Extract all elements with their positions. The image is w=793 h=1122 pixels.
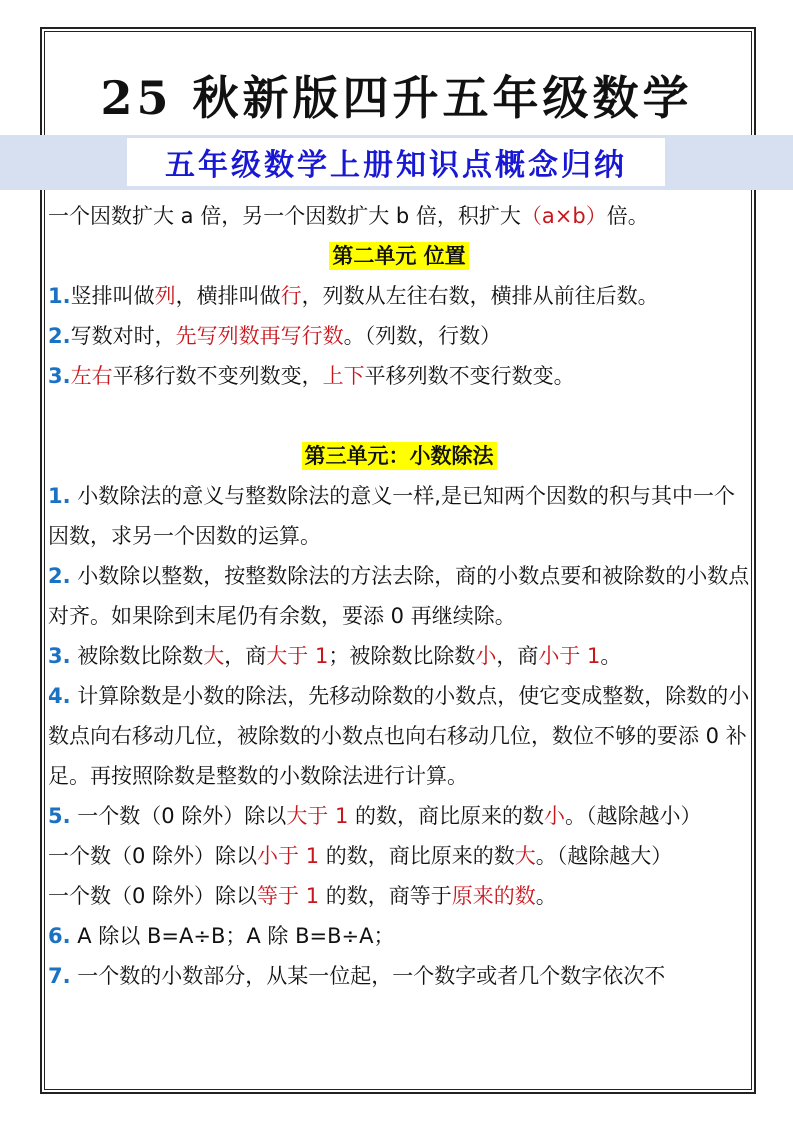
spacer [48,396,750,436]
text: 的数，商等于 [319,884,452,908]
document-body: 一个因数扩大 a 倍，另一个因数扩大 b 倍，积扩大（a×b）倍。 第二单元 位… [48,196,750,996]
item-number: 7. [48,964,71,988]
text: 小数除以整数，按整数除法的方法去除，商的小数点要和被除数的小数点对齐。如果除到末… [48,564,749,628]
item-number: 4. [48,684,71,708]
emphasis: 小于 1 [257,844,319,868]
text: A 除以 B=A÷B；A 除 B=B÷A； [71,924,395,948]
item-number: 6. [48,924,71,948]
emphasis: （a×b） [521,204,607,228]
text: 平移列数不变行数变。 [365,364,575,388]
unit3-item-5b: 一个数（0 除外）除以小于 1 的数，商比原来的数大。（越除越大） [48,836,750,876]
emphasis: 左右 [71,364,113,388]
unit2-item-3: 3.左右平移行数不变列数变，上下平移列数不变行数变。 [48,356,750,396]
page-title: 25 秋新版四升五年级数学 [0,68,793,128]
item-number: 1. [48,484,71,508]
unit3-item-7: 7. 一个数的小数部分，从某一位起，一个数字或者几个数字依次不 [48,956,750,996]
emphasis: 大于 1 [266,644,328,668]
emphasis: 大 [203,644,224,668]
text: 小数除法的意义与整数除法的意义一样,是已知两个因数的积与其中一个因数，求另一个因… [48,484,735,548]
text: ；被除数比除数 [328,644,475,668]
text: 的数，商比原来的数 [348,804,544,828]
text: 。（越除越大） [536,844,673,868]
text: 。 [536,884,557,908]
text: 的数，商比原来的数 [319,844,515,868]
unit3-item-4: 4. 计算除数是小数的除法，先移动除数的小数点，使它变成整数，除数的小数点向右移… [48,676,750,796]
text: 竖排叫做 [71,284,155,308]
page-subtitle: 五年级数学上册知识点概念归纳 [165,140,627,184]
emphasis: 上下 [323,364,365,388]
unit2-item-1: 1.竖排叫做列，横排叫做行，列数从左往右数，横排从前往后数。 [48,276,750,316]
item-number: 5. [48,804,71,828]
intro-line: 一个因数扩大 a 倍，另一个因数扩大 b 倍，积扩大（a×b）倍。 [48,196,750,236]
item-number: 2. [48,564,71,588]
text: 一个数的小数部分，从某一位起，一个数字或者几个数字依次不 [71,964,666,988]
text: ，横排叫做 [176,284,281,308]
emphasis: 原来的数 [452,884,536,908]
emphasis: 行 [281,284,302,308]
emphasis: 大于 1 [286,804,348,828]
text: ，商 [224,644,266,668]
item-number: 1. [48,284,71,308]
item-number: 2. [48,324,71,348]
item-number: 3. [48,364,71,388]
emphasis: 大 [515,844,536,868]
text: ，列数从左往右数，横排从前往后数。 [302,284,659,308]
unit3-item-5c: 一个数（0 除外）除以等于 1 的数，商等于原来的数。 [48,876,750,916]
text: 一个因数扩大 a 倍，另一个因数扩大 b 倍，积扩大 [48,204,521,228]
item-number: 3. [48,644,71,668]
unit3-item-1: 1. 小数除法的意义与整数除法的意义一样,是已知两个因数的积与其中一个因数，求另… [48,476,750,556]
unit3-item-2: 2. 小数除以整数，按整数除法的方法去除，商的小数点要和被除数的小数点对齐。如果… [48,556,750,636]
emphasis: 小 [475,644,496,668]
emphasis: 先写列数再写行数 [176,324,344,348]
text: ，商 [496,644,538,668]
emphasis: 小于 1 [538,644,600,668]
text: 。（列数，行数） [344,324,502,348]
text: 。（越除越小） [565,804,702,828]
text: 计算除数是小数的除法，先移动除数的小数点，使它变成整数，除数的小数点向右移动几位… [48,684,749,788]
unit2-heading: 第二单元 位置 [329,242,468,270]
unit3-heading: 第三单元：小数除法 [302,442,497,470]
emphasis: 列 [155,284,176,308]
unit3-item-3: 3. 被除数比除数大，商大于 1；被除数比除数小，商小于 1。 [48,636,750,676]
emphasis: 小 [544,804,565,828]
text: 一个数（0 除外）除以 [48,884,257,908]
text: 被除数比除数 [71,644,204,668]
emphasis: 等于 1 [257,884,319,908]
unit3-item-6: 6. A 除以 B=A÷B；A 除 B=B÷A； [48,916,750,956]
text: 一个数（0 除外）除以 [48,844,257,868]
subtitle-box: 五年级数学上册知识点概念归纳 [127,138,665,186]
unit2-heading-row: 第二单元 位置 [48,236,750,276]
text: 。 [600,644,621,668]
text: 写数对时， [71,324,176,348]
unit3-item-5: 5. 一个数（0 除外）除以大于 1 的数，商比原来的数小。（越除越小） [48,796,750,836]
text: 一个数（0 除外）除以 [71,804,287,828]
unit2-item-2: 2.写数对时，先写列数再写行数。（列数，行数） [48,316,750,356]
text: 倍。 [607,204,649,228]
text: 平移行数不变列数变， [113,364,323,388]
unit3-heading-row: 第三单元：小数除法 [48,436,750,476]
